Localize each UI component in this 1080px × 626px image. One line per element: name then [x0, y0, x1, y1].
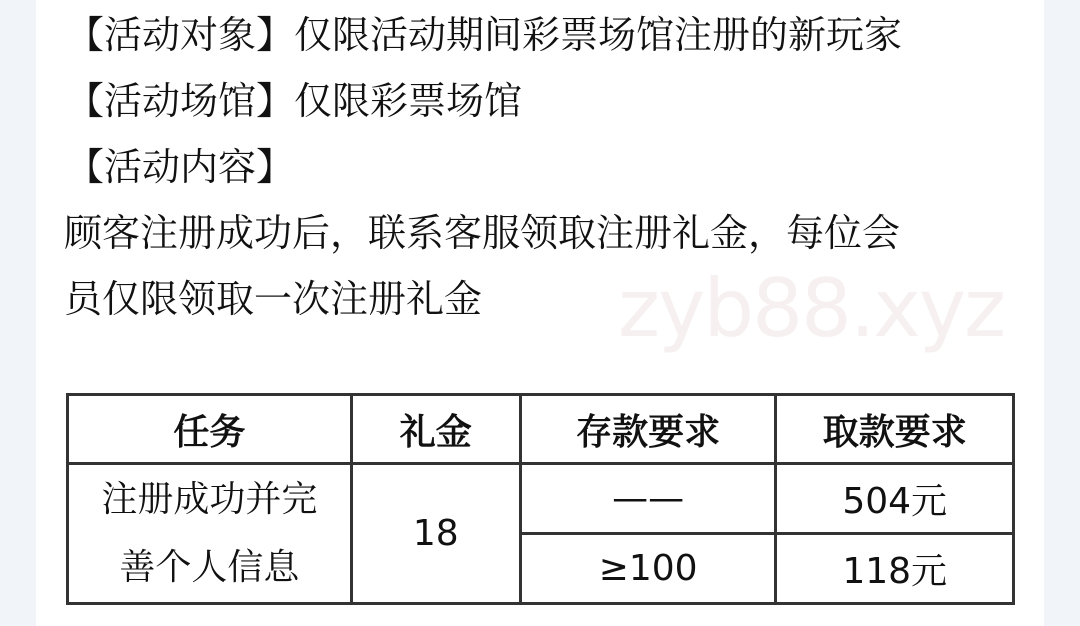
withdraw-requirement-cell: 118元 [776, 534, 1014, 604]
task-text-line-2: 善个人信息 [69, 534, 350, 602]
gift-amount-cell: 18 [351, 464, 520, 604]
table-row: 注册成功并完 善个人信息 18 —— 504元 [68, 464, 1014, 534]
header-deposit-requirement: 存款要求 [520, 395, 776, 464]
activity-content-line: 【活动内容】 [66, 134, 1026, 200]
header-gift: 礼金 [351, 395, 520, 464]
activity-target-line: 【活动对象】仅限活动期间彩票场馆注册的新玩家 [66, 2, 1026, 68]
activity-content-text-2: 员仅限领取一次注册礼金 [64, 266, 1026, 332]
activity-venue-label: 【活动场馆】 [66, 79, 294, 123]
reward-table: 任务 礼金 存款要求 取款要求 注册成功并完 善个人信息 18 —— 504元 … [66, 393, 1015, 605]
activity-target-value: 仅限活动期间彩票场馆注册的新玩家 [294, 13, 902, 57]
activity-content-text-1: 顾客注册成功后，联系客服领取注册礼金，每位会 [64, 200, 1026, 266]
withdraw-requirement-cell: 504元 [776, 464, 1014, 534]
activity-target-label: 【活动对象】 [66, 13, 294, 57]
table-header-row: 任务 礼金 存款要求 取款要求 [68, 395, 1014, 464]
header-withdraw-requirement: 取款要求 [776, 395, 1014, 464]
activity-description: 【活动对象】仅限活动期间彩票场馆注册的新玩家 【活动场馆】仅限彩票场馆 【活动内… [66, 0, 1026, 332]
activity-venue-line: 【活动场馆】仅限彩票场馆 [66, 68, 1026, 134]
header-task: 任务 [68, 395, 352, 464]
deposit-requirement-cell: ≥100 [520, 534, 776, 604]
task-text-line-1: 注册成功并完 [69, 466, 350, 534]
activity-content-label: 【活动内容】 [66, 145, 294, 189]
task-cell: 注册成功并完 善个人信息 [68, 464, 352, 604]
activity-venue-value: 仅限彩票场馆 [294, 79, 522, 123]
deposit-requirement-cell: —— [520, 464, 776, 534]
